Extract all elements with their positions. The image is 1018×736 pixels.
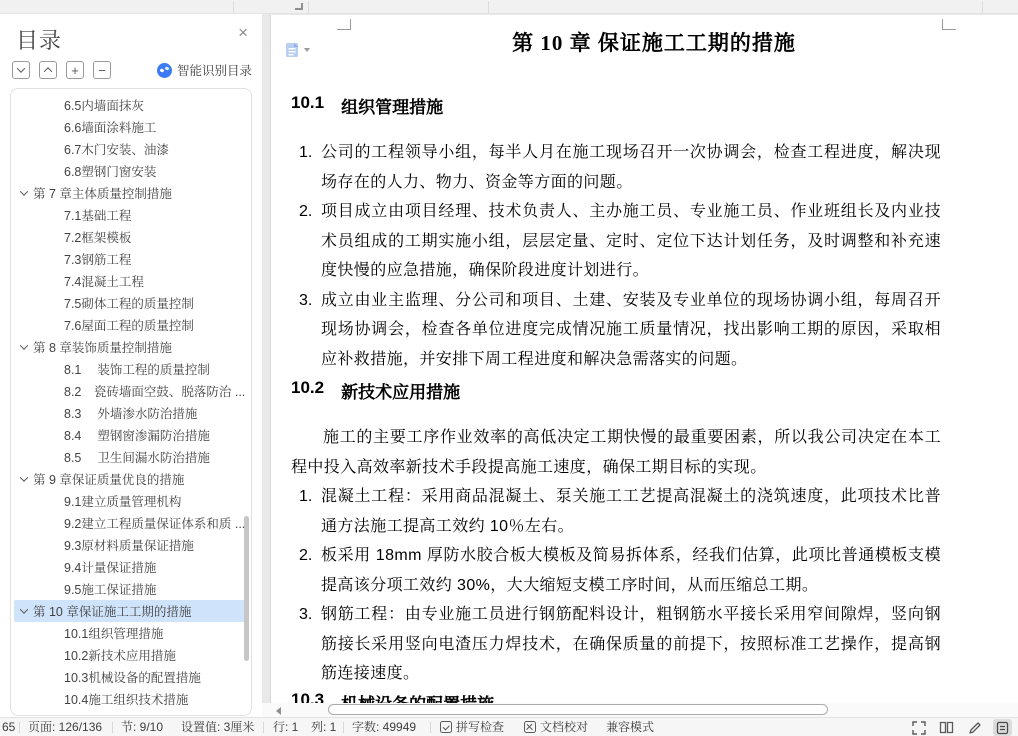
document-area: 第 10 章 保证施工工期的措施 10.1 组织管理措施 1. 公司的工程领导小…: [262, 14, 1018, 703]
section-heading-10-2: 10.2 新技术应用措施: [291, 378, 460, 403]
toc-item-7-4[interactable]: 7.4混凝土工程: [11, 270, 251, 292]
strip-divider: [982, 1, 983, 13]
chevron-down-icon: [17, 64, 25, 72]
status-bar: 65 页面: 126/136 节: 9/10 设置值: 3厘米 行: 1 列: …: [0, 717, 1018, 736]
fullscreen-icon: [912, 721, 926, 735]
toc-sidebar: 目录 × + − 智能识别目录 6.5内墙面抹灰 6.6墙面涂料施工 6.7木门…: [0, 14, 262, 717]
status-section[interactable]: 节: 9/10: [121, 720, 163, 735]
section-heading-10-1: 10.1 组织管理措施: [291, 93, 443, 118]
toc-item-9-4[interactable]: 9.4计量保证措施: [11, 556, 251, 578]
list-item: 3. 成立由业主监理、分公司和项目、土建、安装及专业单位的现场协调小组，每周召开…: [291, 286, 941, 375]
list-item: 1. 公司的工程领导小组，每半人月在施工现场召开一次协调会，检查工程进度，解决现…: [291, 138, 941, 197]
toc-item-9-1[interactable]: 9.1建立质量管理机构: [11, 490, 251, 512]
page-view-icon: [996, 721, 1009, 735]
toc-toolbar: + − 智能识别目录: [0, 58, 262, 84]
chevron-down-icon: [20, 605, 28, 613]
toc-item-10-4[interactable]: 10.4施工组织技术措施: [11, 688, 251, 710]
toc-item-10-2[interactable]: 10.2新技术应用措施: [11, 644, 251, 666]
expand-level-button[interactable]: +: [66, 61, 84, 79]
chevron-down-icon: [20, 341, 28, 349]
chevron-down-icon: [20, 473, 28, 481]
toc-item-9-3[interactable]: 9.3原材料质量保证措施: [11, 534, 251, 556]
toc-item-8-4[interactable]: 8.4 塑钢窗渗漏防治措施: [11, 424, 251, 446]
close-icon[interactable]: ×: [238, 24, 248, 41]
expand-all-button[interactable]: [39, 61, 57, 79]
list-item: 2. 项目成立由项目经理、技术负责人、主办施工员、专业施工员、作业班组长及内业技…: [291, 197, 941, 286]
book-icon: [939, 721, 954, 734]
scroll-left-arrow-icon[interactable]: [276, 707, 281, 715]
toc-item-7-6[interactable]: 7.6屋面工程的质量控制: [11, 314, 251, 336]
strip-divider: [233, 1, 234, 13]
chevron-up-icon: [44, 67, 52, 75]
list-item: 3. 钢筋工程：由专业施工员进行钢筋配料设计，粗钢筋水平接长采用窄间隙焊，竖向钢…: [291, 600, 941, 689]
list-item: 1. 混凝土工程：采用商品混凝土、泵关施工工艺提高混凝土的浇筑速度，此项技术比普…: [291, 482, 941, 541]
smart-toc-label: 智能识别目录: [177, 61, 252, 79]
status-separator: [263, 722, 264, 733]
doc-proof-icon: [524, 721, 536, 733]
strip-divider: [488, 1, 489, 13]
section-heading-10-3: 10.3 机械设备的配置措施: [291, 690, 494, 703]
toc-item-7-1[interactable]: 7.1基础工程: [11, 204, 251, 226]
toc-list: 6.5内墙面抹灰 6.6墙面涂料施工 6.7木门安装、油漆 6.8塑钢门窗安装 …: [10, 88, 252, 716]
collapse-all-button[interactable]: [12, 61, 30, 79]
read-mode-button[interactable]: [937, 719, 956, 736]
status-separator: [430, 722, 431, 733]
toc-panel-title: 目录: [16, 24, 62, 55]
page-content: 第 10 章 保证施工工期的措施 10.1 组织管理措施 1. 公司的工程领导小…: [291, 15, 941, 703]
status-separator: [19, 722, 20, 733]
section-10-2-list: 1. 混凝土工程：采用商品混凝土、泵关施工工艺提高混凝土的浇筑速度，此项技术比普…: [291, 482, 941, 689]
list-item: 2. 板采用 18mm 厚防水胶合板大模板及简易拆体系，经我们估算，此项比普通模…: [291, 541, 941, 600]
toc-item-7-5[interactable]: 7.5砌体工程的质量控制: [11, 292, 251, 314]
toc-header: 目录 ×: [0, 14, 262, 56]
spell-check-toggle[interactable]: 拼写检查: [440, 720, 504, 735]
ai-badge-icon: [157, 63, 172, 78]
toc-item-8-1[interactable]: 8.1 装饰工程的质量控制: [11, 358, 251, 380]
collapse-level-button[interactable]: −: [93, 61, 111, 79]
edit-mode-button[interactable]: [965, 719, 984, 736]
status-line: 行: 1: [273, 720, 298, 735]
document-page[interactable]: 第 10 章 保证施工工期的措施 10.1 组织管理措施 1. 公司的工程领导小…: [270, 15, 1018, 703]
view-mode-icons: [909, 718, 1012, 736]
toc-item-10-1[interactable]: 10.1组织管理措施: [11, 622, 251, 644]
toc-item-6-7[interactable]: 6.7木门安装、油漆: [11, 138, 251, 160]
toc-item-6-8[interactable]: 6.8塑钢门窗安装: [11, 160, 251, 182]
toc-item-chapter-7[interactable]: 第 7 章主体质量控制措施: [11, 182, 251, 204]
toc-scrollbar-thumb[interactable]: [244, 516, 249, 661]
compat-mode-label[interactable]: 兼容模式: [606, 720, 654, 735]
chevron-down-icon: [20, 187, 28, 195]
pencil-icon: [968, 721, 982, 735]
ruler-corner-mark: [295, 3, 303, 10]
toc-item-chapter-8[interactable]: 第 8 章装饰质量控制措施: [11, 336, 251, 358]
toc-item-9-5[interactable]: 9.5施工保证措施: [11, 578, 251, 600]
doc-proof-toggle[interactable]: 文档校对: [524, 720, 588, 735]
section-10-1-list: 1. 公司的工程领导小组，每半人月在施工现场召开一次协调会，检查工程进度，解决现…: [291, 138, 941, 374]
smart-toc-button[interactable]: 智能识别目录: [157, 61, 252, 79]
chapter-title: 第 10 章 保证施工工期的措施: [329, 27, 979, 57]
toc-item-6-5[interactable]: 6.5内墙面抹灰: [11, 94, 251, 116]
toc-item-chapter-10-selected[interactable]: 第 10 章保证施工工期的措施: [14, 600, 248, 622]
strip-divider: [308, 1, 309, 13]
status-separator: [343, 722, 344, 733]
toc-item-8-3[interactable]: 8.3 外墙渗水防治措施: [11, 402, 251, 424]
toc-item-10-3[interactable]: 10.3机械设备的配置措施: [11, 666, 251, 688]
horizontal-scrollbar[interactable]: [262, 703, 1018, 717]
section-10-2-intro: 施工的主要工序作业效率的高低决定工期快慢的最重要困素，所以我公司决定在本工程中投…: [291, 423, 941, 482]
page-view-button[interactable]: [993, 719, 1012, 736]
toc-item-7-2[interactable]: 7.2框架模板: [11, 226, 251, 248]
toc-item-9-2[interactable]: 9.2建立工程质量保证体系和质 ...: [11, 512, 251, 534]
app-window: { "sidebar": { "title": "目录", "close_gly…: [0, 0, 1018, 736]
status-page-number[interactable]: 页面: 126/136: [28, 720, 102, 735]
spell-check-icon: [440, 721, 452, 733]
horizontal-scrollbar-thumb[interactable]: [328, 704, 828, 715]
toc-item-8-2[interactable]: 8.2 瓷砖墙面空鼓、脱落防治 ...: [11, 380, 251, 402]
ruler-strip: [0, 0, 1018, 14]
status-left-partial: 65: [2, 720, 15, 735]
status-separator: [112, 722, 113, 733]
status-word-count[interactable]: 字数: 49949: [352, 720, 416, 735]
toc-item-chapter-9[interactable]: 第 9 章保证质量优良的措施: [11, 468, 251, 490]
fullscreen-button[interactable]: [909, 719, 928, 736]
toc-item-6-6[interactable]: 6.6墙面涂料施工: [11, 116, 251, 138]
status-setting-value[interactable]: 设置值: 3厘米: [181, 720, 254, 735]
toc-item-8-5[interactable]: 8.5 卫生间漏水防治措施: [11, 446, 251, 468]
toc-item-7-3[interactable]: 7.3钢筋工程: [11, 248, 251, 270]
status-column: 列: 1: [311, 720, 336, 735]
